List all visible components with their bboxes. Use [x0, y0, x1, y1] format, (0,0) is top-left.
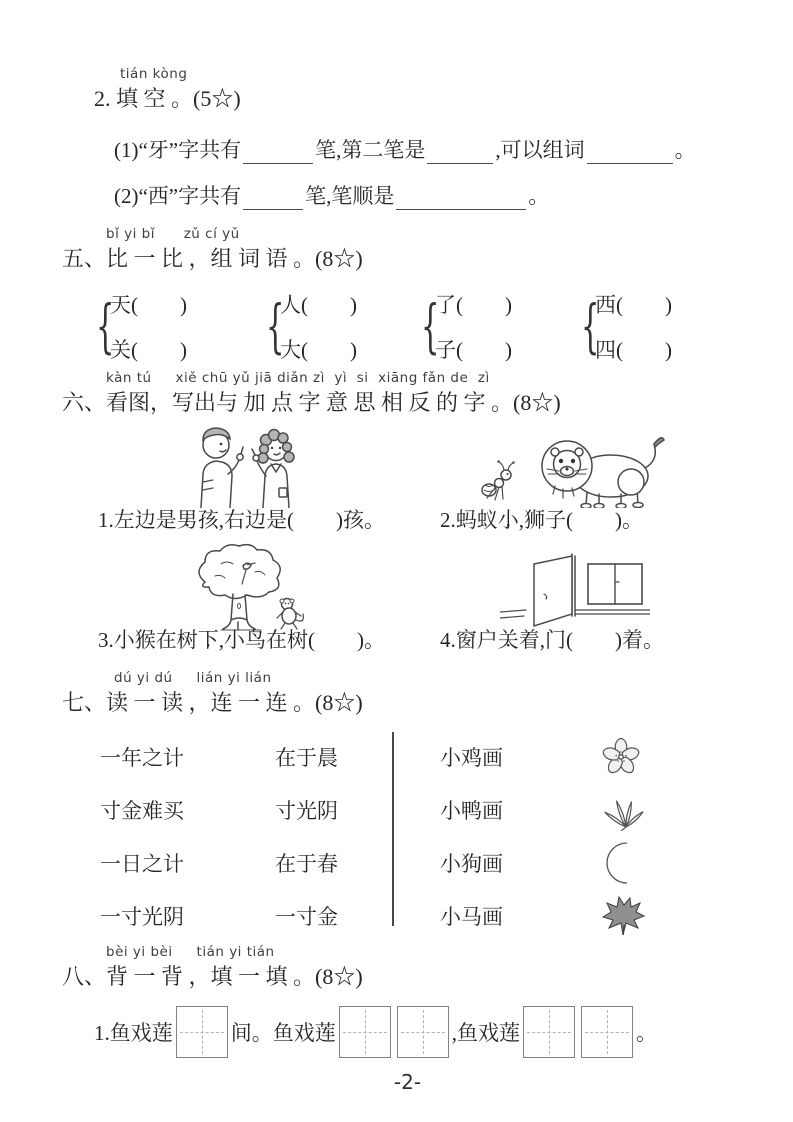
door-and-window-illustration	[500, 552, 650, 632]
bamboo-leaves-icon	[600, 789, 654, 831]
phrase-left: 寸金难买	[100, 795, 275, 825]
question-text: ,可以组词	[495, 138, 584, 162]
blank-line	[243, 187, 303, 210]
section-title-opposite-words: 六、看图，写出与 加 点 字 意 思 相 反 的 字 。(8☆)	[62, 388, 753, 418]
pinyin-kantu: kàn tú xiě chū yǔ jiā diǎn zì yì si xiān…	[106, 370, 753, 386]
word-blank: 西( )	[595, 289, 672, 319]
match-row: 寸金难买 寸光阴 小鸭画	[100, 783, 753, 836]
recite-item-1: 1.鱼戏莲 间。鱼戏莲 ,鱼戏莲 。	[94, 1006, 753, 1058]
tree-bird-monkey-illustration	[185, 542, 315, 632]
word-blank: 人( )	[280, 289, 357, 319]
pinyin-beiyibei: bèi yi bèi tián yi tián	[106, 944, 753, 960]
opposite-item-1: 1.左边是男孩,右边是( )孩。	[98, 506, 440, 534]
question-text: 1.左边是	[98, 508, 177, 532]
pinyin-duyidu: dú yi dú lián yi lián	[114, 670, 753, 686]
curly-brace: {	[96, 286, 104, 366]
question-text: ,狮子( )。	[519, 508, 643, 532]
blank-line	[396, 187, 526, 210]
question-text: (2)“西”字共有	[114, 184, 241, 208]
ant-and-lion-illustration	[475, 428, 665, 508]
question-text: ,小鸟在树( )。	[219, 628, 385, 652]
matching-exercise: 一年之计 在于晨 小鸡画 寸金难买 寸光阴 小鸭画	[100, 730, 753, 942]
boy-and-girl-illustration	[170, 424, 320, 508]
blank-line	[427, 141, 493, 164]
question-text: 。	[528, 184, 549, 208]
writing-box	[523, 1006, 575, 1058]
section-title-fill-blank: 2. 填 空 。(5☆)	[94, 84, 753, 114]
phrase-mid: 寸光阴	[275, 795, 392, 825]
match-divider-line	[392, 732, 394, 926]
question-row-2: 3.小猴在树下,小鸟在树( )。 4.窗户关着,门( )着。	[98, 626, 753, 654]
phrase-right: 小马画	[440, 901, 600, 931]
illustration-row-2	[62, 542, 753, 632]
pinyin-tiankong: tián kòng	[120, 66, 753, 82]
page-number: -2-	[62, 1070, 753, 1094]
question-text: ,鱼戏莲	[452, 1017, 520, 1047]
blank-line	[587, 141, 673, 164]
opposite-item-4: 4.窗户关着,门( )着。	[440, 626, 664, 654]
question-text: 孩,右边是( )孩。	[198, 508, 385, 532]
opposite-item-3: 3.小猴在树下,小鸟在树( )。	[98, 626, 440, 654]
phrase-mid: 在于春	[275, 848, 392, 878]
phrase-mid: 在于晨	[275, 742, 392, 772]
word-blank: 天( )	[110, 289, 187, 319]
word-blank: 子( )	[435, 334, 512, 364]
question-text: 1.鱼戏莲	[94, 1017, 173, 1047]
match-row: 一年之计 在于晨 小鸡画	[100, 730, 753, 783]
word-blank: 关( )	[110, 334, 187, 364]
question-text: 。	[636, 1017, 657, 1047]
question-text: 4.窗户	[440, 628, 498, 652]
compare-group: {西( )四( )	[577, 286, 727, 366]
question-text: 。	[675, 138, 696, 162]
emphasized-char: 小	[498, 506, 519, 534]
fill-blank-item-1: (1)“牙”字共有笔,第二笔是,可以组词。	[114, 136, 753, 164]
word-blank: 四( )	[595, 334, 672, 364]
word-blank: 大( )	[280, 334, 357, 364]
plum-blossom-icon	[600, 736, 642, 778]
compare-group: {了( )子( )	[417, 286, 577, 366]
question-text: 间。鱼戏莲	[231, 1017, 336, 1047]
match-row: 一日之计 在于春 小狗画	[100, 836, 753, 889]
fill-blank-item-2: (2)“西”字共有笔,笔顺是。	[114, 182, 753, 210]
emphasized-char: 男	[177, 506, 198, 534]
phrase-left: 一寸光阴	[100, 901, 275, 931]
curly-brace: {	[266, 286, 274, 366]
match-row: 一寸光阴 一寸金 小马画	[100, 889, 753, 942]
phrase-left: 一年之计	[100, 742, 275, 772]
maple-leaf-icon	[600, 895, 646, 937]
word-blank: 了( )	[435, 289, 512, 319]
opposite-item-2: 2.蚂蚁小,狮子( )。	[440, 506, 643, 534]
writing-box	[397, 1006, 449, 1058]
phrase-right: 小狗画	[440, 848, 600, 878]
section-title-compare-words: 五、比 一 比 ，组 词 语 。(8☆)	[62, 244, 753, 274]
question-text: 3.小猴在树	[98, 628, 198, 652]
phrase-mid: 一寸金	[275, 901, 392, 931]
compare-group: {人( )大( )	[262, 286, 417, 366]
emphasized-char: 下	[198, 626, 219, 654]
writing-box	[339, 1006, 391, 1058]
crescent-moon-icon	[600, 840, 640, 886]
pinyin-biyibi: bǐ yi bǐ zǔ cí yǔ	[106, 226, 753, 242]
question-text: 着,门( )着。	[519, 628, 664, 652]
question-text: 笔,第二笔是	[315, 138, 425, 162]
question-text: 笔,笔顺是	[305, 184, 394, 208]
section-title-matching: 七、读 一 读 ，连 一 连 。(8☆)	[62, 688, 753, 718]
emphasized-char: 关	[498, 626, 519, 654]
curly-brace: {	[421, 286, 429, 366]
phrase-right: 小鸡画	[440, 742, 600, 772]
illustration-row-1	[62, 424, 753, 508]
compare-groups: {天( )关( ) {人( )大( ) {了( )子( ) {西( )四( )	[92, 286, 753, 366]
section-title-recite-fill: 八、背 一 背 ，填 一 填 。(8☆)	[62, 962, 753, 992]
compare-group: {天( )关( )	[92, 286, 262, 366]
blank-line	[243, 141, 313, 164]
curly-brace: {	[581, 286, 589, 366]
phrase-left: 一日之计	[100, 848, 275, 878]
worksheet-page: tián kòng 2. 填 空 。(5☆) (1)“牙”字共有笔,第二笔是,可…	[0, 0, 793, 1122]
writing-box	[176, 1006, 228, 1058]
writing-box	[581, 1006, 633, 1058]
question-text: 2.蚂蚁	[440, 508, 498, 532]
question-text: (1)“牙”字共有	[114, 138, 241, 162]
phrase-right: 小鸭画	[440, 795, 600, 825]
question-row-1: 1.左边是男孩,右边是( )孩。 2.蚂蚁小,狮子( )。	[98, 506, 753, 534]
